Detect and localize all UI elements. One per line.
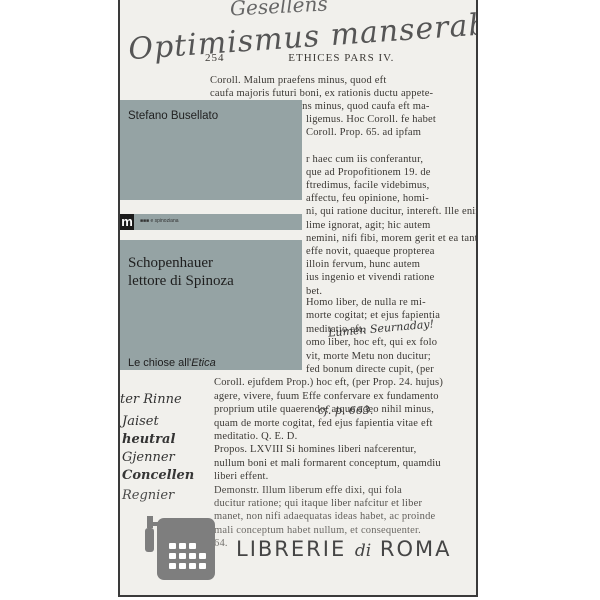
margin-note: ter Rinne bbox=[120, 392, 182, 407]
manuscript-line: Coroll. ejufdem Prop.) hoc eft, (per Pro… bbox=[214, 377, 443, 388]
manuscript-line: ligemus. Hoc Coroll. fe habet bbox=[306, 114, 436, 125]
title-panel: Schopenhauer lettore di Spinoza Le chios… bbox=[120, 240, 302, 370]
margin-note: heutral bbox=[122, 432, 175, 447]
manuscript-line: Coroll. Prop. 65. ad ipfam bbox=[306, 127, 421, 138]
manuscript-line: quam de morte cogitat, fed ejus fapienti… bbox=[214, 418, 433, 429]
page-number: 254 bbox=[205, 52, 225, 64]
book-title: Schopenhauer lettore di Spinoza bbox=[128, 254, 234, 290]
manuscript-line: Propos. LXVIII Si homines liberi nafcere… bbox=[214, 444, 417, 455]
book-cover: Gesellens Optimismus manserabilis 254 ET… bbox=[118, 0, 478, 597]
manuscript-line: bet. bbox=[306, 286, 322, 297]
series-label: ■■■ e spinoziana bbox=[140, 218, 179, 224]
publisher-logo: m bbox=[120, 214, 134, 230]
typewriter-icon bbox=[145, 510, 225, 580]
running-head: 254 ETHICES PARS IV. bbox=[205, 52, 394, 64]
margin-note: Jaiset bbox=[122, 414, 159, 429]
manuscript-line: meditatio. Q. E. D. bbox=[214, 431, 297, 442]
subtitle-italic: Etica bbox=[191, 357, 215, 369]
author-name: Stefano Busellato bbox=[128, 110, 218, 122]
manuscript-line: ftredimus, facile videbimus, bbox=[306, 180, 429, 191]
manuscript-line: illoin fervum, hunc autem bbox=[306, 259, 420, 270]
manuscript-line: ius ingenio et vivendi ratione bbox=[306, 272, 434, 283]
handwriting-top-small: Gesellens bbox=[229, 0, 328, 21]
manuscript-line: agere, vivere, fuum Effe confervare ex f… bbox=[214, 391, 439, 402]
author-panel: Stefano Busellato bbox=[120, 100, 302, 200]
title-line-2: lettore di Spinoza bbox=[128, 272, 234, 290]
manuscript-line: vit, morte Metu non ducitur; bbox=[306, 351, 431, 362]
manuscript-line: nullum boni et mali formarent conceptum,… bbox=[214, 458, 441, 469]
manuscript-line: Homo liber, de nulla re mi- bbox=[306, 297, 426, 308]
manuscript-line: affectu, feu opinione, homi- bbox=[306, 193, 429, 204]
title-line-1: Schopenhauer bbox=[128, 254, 234, 272]
subtitle-prefix: Le chiose all' bbox=[128, 357, 191, 369]
margin-note: Gjenner bbox=[122, 450, 175, 465]
manuscript-line: nemini, nifi fibi, morem gerit et ea tan… bbox=[306, 233, 478, 244]
manuscript-line: omo liber, hoc eft, qui ex folo bbox=[306, 337, 437, 348]
margin-note: cf. p. 663. bbox=[318, 404, 373, 417]
book-subtitle: Le chiose all'Etica bbox=[128, 357, 216, 369]
running-head-title: ETHICES PARS IV. bbox=[288, 52, 394, 64]
manuscript-line: Coroll. Malum praefens minus, quod eft bbox=[210, 75, 386, 86]
publisher-bar: m ■■■ e spinoziana bbox=[120, 214, 302, 230]
manuscript-line: caufa majoris futuri boni, ex rationis d… bbox=[210, 88, 433, 99]
manuscript-line: effe novit, quaeque propterea bbox=[306, 246, 435, 257]
manuscript-line: fed bonum directe cupit, (per bbox=[306, 364, 434, 375]
manuscript-line: que ad Propofitionem 19. de bbox=[306, 167, 431, 178]
watermark-text: LIBRERIE di ROMA bbox=[236, 537, 452, 561]
manuscript-line: r haec cum iis conferantur, bbox=[306, 154, 423, 165]
manuscript-line: lime ignorat, agit; hic autem bbox=[306, 220, 430, 231]
manuscript-line: ni, qui ratione ducitur, intereft. Ille … bbox=[306, 206, 478, 217]
